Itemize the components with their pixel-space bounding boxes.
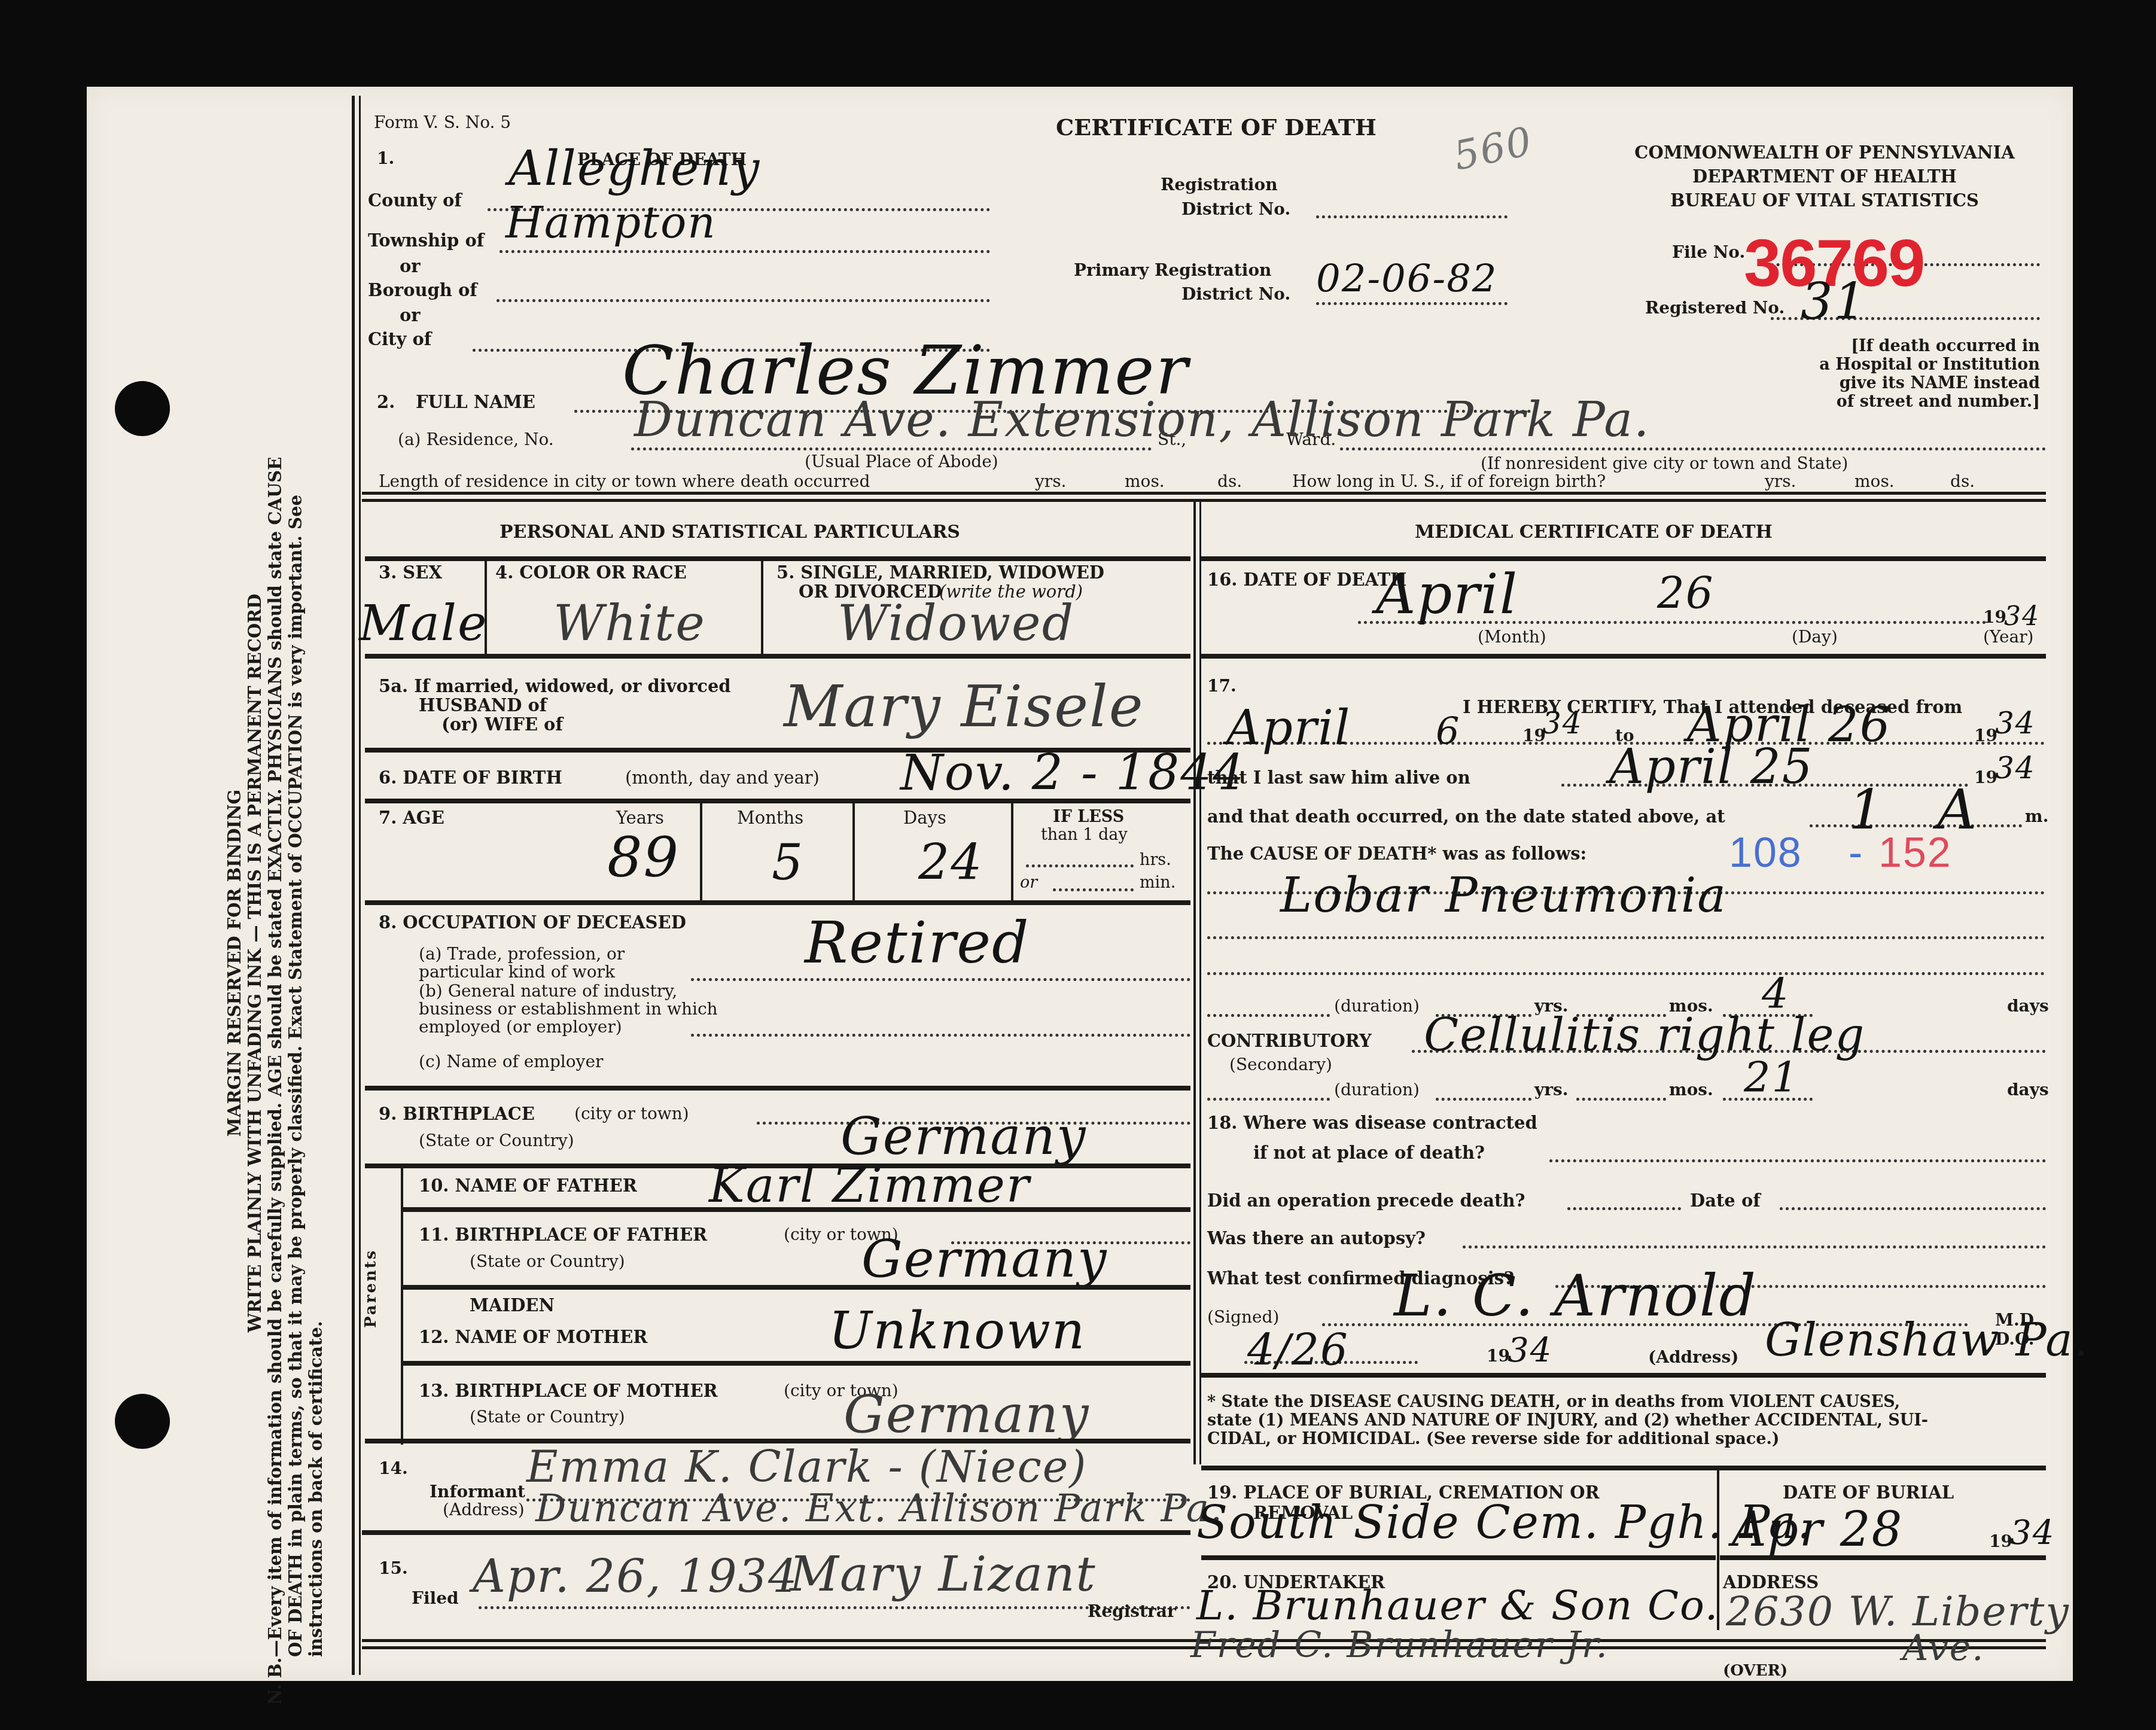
mother-maiden-label: MAIDEN bbox=[470, 1295, 555, 1315]
occupation-b3: employed (or employer) bbox=[419, 1017, 622, 1037]
contrib-duration-yrs: yrs. bbox=[1534, 1080, 1569, 1099]
occupation-b1: (b) General nature of industry, bbox=[419, 981, 677, 1001]
last-saw-year: 34 bbox=[1995, 751, 2036, 785]
month-sublabel: (Month) bbox=[1478, 627, 1546, 647]
informant-label: Informant bbox=[430, 1482, 525, 1501]
hospital-note-line3: give its NAME instead bbox=[1789, 374, 2040, 392]
sex-value: Male bbox=[359, 595, 488, 652]
footnote-line2: state (1) MEANS AND NATURE OF INJURY, an… bbox=[1207, 1411, 2045, 1430]
occupation-c: (c) Name of employer bbox=[419, 1052, 603, 1071]
physician-address-value: Glenshaw Pa. bbox=[1765, 1313, 2090, 1366]
row10-rule bbox=[402, 1207, 1190, 1212]
margin-binding-note: MARGIN RESERVED FOR BINDING bbox=[224, 221, 245, 1705]
form-left-rule-inner bbox=[359, 96, 361, 1675]
contrib-duration-yrs-field[interactable] bbox=[1436, 1098, 1531, 1101]
margin-nb-line3: instructions on back of certificate. bbox=[306, 221, 326, 1705]
township-value: Hampton bbox=[505, 197, 717, 248]
primary-district-value: 02-06-82 bbox=[1316, 257, 1498, 301]
than-one-day-label: than 1 day bbox=[1041, 826, 1128, 844]
county-value: Allegheny bbox=[508, 141, 760, 196]
margin-ink-note: WRITE PLAINLY WITH UNFADING INK — THIS I… bbox=[245, 221, 265, 1705]
agency-department: DEPARTMENT OF HEALTH bbox=[1603, 165, 2046, 188]
father-name-label: 10. NAME OF FATHER bbox=[419, 1175, 637, 1196]
file-number-label: File No. bbox=[1672, 242, 1745, 262]
burial-place-value: South Side Cem. Pgh. Pa. bbox=[1196, 1496, 1813, 1549]
race-label: 4. COLOR OR RACE bbox=[495, 562, 687, 583]
footnote-line3: CIDAL, or HOMICIDAL. (See reverse side f… bbox=[1207, 1430, 2045, 1448]
cause-field-3[interactable] bbox=[1207, 972, 2045, 975]
agency-bureau: BUREAU OF VITAL STATISTICS bbox=[1603, 188, 2046, 212]
residence-value: Duncan Ave. Extension, Allison Park Pa. bbox=[634, 392, 1650, 447]
attended-from-day: 6 bbox=[1436, 709, 1460, 753]
us-yrs: yrs. bbox=[1765, 471, 1796, 491]
cause-footnote: * State the DISEASE CAUSING DEATH, or in… bbox=[1207, 1393, 2045, 1448]
over-note: (OVER) bbox=[1723, 1662, 1787, 1680]
occupation-industry-field[interactable] bbox=[691, 1034, 1190, 1037]
parents-label: Parents bbox=[362, 1249, 380, 1329]
occupation-a2: particular kind of work bbox=[419, 962, 615, 982]
full-name-label: 2. bbox=[377, 392, 395, 412]
if-less-label: IF LESS bbox=[1053, 808, 1124, 826]
occupation-trade-field[interactable] bbox=[691, 978, 1190, 981]
age-months-value: 5 bbox=[772, 834, 804, 891]
agency-block: COMMONWEALTH OF PENNSYLVANIA DEPARTMENT … bbox=[1603, 141, 2046, 212]
burial-date-rule bbox=[1720, 1555, 2046, 1560]
physician-address-label: (Address) bbox=[1648, 1347, 1738, 1367]
occupation-label: 8. OCCUPATION OF DECEASED bbox=[379, 912, 686, 933]
minutes-field[interactable] bbox=[1053, 888, 1134, 891]
contributory-label: CONTRIBUTORY bbox=[1207, 1031, 1372, 1051]
father-birthplace-label: 11. BIRTHPLACE OF FATHER bbox=[419, 1225, 707, 1245]
spouse-label-2: HUSBAND of bbox=[419, 695, 547, 715]
footnote-rule bbox=[1201, 1466, 2046, 1470]
place-of-death-number: 1. bbox=[377, 148, 394, 168]
marital-value: Widowed bbox=[838, 595, 1074, 652]
footnote-line1: * State the DISEASE CAUSING DEATH, or in… bbox=[1207, 1393, 2045, 1411]
row3-rule bbox=[365, 654, 1190, 659]
attended-to-year: 34 bbox=[1995, 706, 2036, 741]
mother-birthplace-label: 13. BIRTHPLACE OF MOTHER bbox=[419, 1381, 718, 1401]
classification-code-blue: 108 bbox=[1729, 829, 1802, 876]
occupation-b2: business or establishment in which bbox=[419, 999, 718, 1019]
dob-sublabel: (month, day and year) bbox=[625, 767, 820, 788]
hospital-note-line1: [If death occurred in bbox=[1789, 337, 2040, 355]
mother-name-value: Unknown bbox=[829, 1301, 1086, 1361]
contrib-duration-pre bbox=[1207, 1098, 1330, 1101]
spouse-label-1: 5a. If married, widowed, or divorced bbox=[379, 676, 731, 696]
race-marital-divider bbox=[761, 559, 763, 655]
certify-number: 17. bbox=[1207, 676, 1237, 696]
primary-district-label: District No. bbox=[1181, 284, 1290, 304]
signed-year-prefix: 19 bbox=[1487, 1346, 1510, 1366]
dob-label: 6. DATE OF BIRTH bbox=[379, 767, 562, 788]
burial-date-value: Apr 28 bbox=[1732, 1501, 1903, 1557]
contrib-duration-label: (duration) bbox=[1334, 1080, 1420, 1099]
age-days-divider bbox=[1011, 802, 1013, 900]
day-sublabel: (Day) bbox=[1792, 627, 1838, 647]
secondary-label: (Secondary) bbox=[1229, 1055, 1332, 1074]
birthplace-sub1: (city or town) bbox=[574, 1104, 689, 1123]
informant-number: 14. bbox=[379, 1458, 408, 1478]
death-time-suffix: m. bbox=[2025, 806, 2048, 826]
father-name-value: Karl Zimmer bbox=[709, 1158, 1030, 1213]
registered-number-value: 31 bbox=[1801, 272, 1867, 331]
disease-contracted-label-1: 18. Where was disease contracted bbox=[1207, 1113, 1537, 1133]
informant-address-value: Duncan Ave. Ext. Allison Park Pa. bbox=[535, 1487, 1223, 1531]
cause-field-2[interactable] bbox=[1207, 936, 2045, 939]
full-name-heading: FULL NAME bbox=[416, 392, 535, 412]
age-years-value: 89 bbox=[607, 826, 680, 890]
hours-label: hrs. bbox=[1140, 851, 1171, 869]
or-label-1: or bbox=[400, 256, 421, 276]
signed-label: (Signed) bbox=[1207, 1307, 1279, 1327]
date-of-death-year-prefix: 19 bbox=[1983, 607, 2006, 627]
mother-birthplace-sub2: (State or Country) bbox=[470, 1407, 625, 1427]
us-mos: mos. bbox=[1854, 471, 1895, 491]
informant-address-label: (Address) bbox=[443, 1500, 525, 1519]
cause-duration-days: days bbox=[2007, 996, 2049, 1016]
signed-year: 34 bbox=[1508, 1331, 1552, 1370]
binding-hole-bottom bbox=[115, 1394, 170, 1449]
attended-from-year: 34 bbox=[1542, 706, 1583, 741]
cause-duration-label: (duration) bbox=[1334, 996, 1420, 1016]
hospital-note-line2: a Hospital or Institution bbox=[1789, 355, 2040, 374]
burial-date-label: DATE OF BURIAL bbox=[1783, 1482, 1954, 1503]
length-mos: mos. bbox=[1125, 471, 1165, 491]
form-number: Form V. S. No. 5 bbox=[374, 112, 511, 132]
undertaker-address-value: 2630 W. Liberty bbox=[1726, 1588, 2070, 1635]
burial-place-rule bbox=[1201, 1555, 1716, 1560]
registered-number-label: Registered No. bbox=[1645, 298, 1785, 318]
occupation-value: Retired bbox=[805, 909, 1030, 976]
row8-rule bbox=[365, 1086, 1190, 1091]
birthplace-sub2: (State or Country) bbox=[419, 1131, 574, 1150]
year-sublabel: (Year) bbox=[1983, 627, 2034, 647]
borough-field[interactable] bbox=[497, 299, 990, 302]
borough-label: Borough of bbox=[368, 280, 477, 300]
margin-nb-line2: OF DEATH in plain terms, so that it may … bbox=[285, 221, 306, 1705]
age-months-label: Months bbox=[737, 808, 803, 828]
occupation-a1: (a) Trade, profession, or bbox=[419, 944, 625, 964]
autopsy-field[interactable] bbox=[1463, 1245, 2046, 1248]
dob-value: Nov. 2 - 1844 bbox=[900, 745, 1246, 802]
contrib-duration-days: days bbox=[2007, 1080, 2049, 1099]
marital-label-1: 5. SINGLE, MARRIED, WIDOWED bbox=[776, 562, 1104, 583]
informant-value: Emma K. Clark - (Niece) bbox=[526, 1442, 1087, 1492]
spouse-label-3: (or) WIFE of bbox=[441, 714, 563, 735]
race-value: White bbox=[553, 595, 706, 652]
age-label: 7. AGE bbox=[379, 808, 444, 828]
hours-field[interactable] bbox=[1026, 864, 1134, 867]
age-months-divider bbox=[852, 802, 855, 900]
cause-duration-pre bbox=[1207, 1014, 1330, 1017]
minutes-label: min. bbox=[1140, 873, 1176, 892]
sex-label: 3. SEX bbox=[379, 562, 442, 583]
length-ds: ds. bbox=[1217, 471, 1242, 491]
signed-date-value: 4/26 bbox=[1247, 1325, 1349, 1375]
filed-field[interactable] bbox=[479, 1606, 1190, 1609]
birthplace-label: 9. BIRTHPLACE bbox=[379, 1104, 535, 1124]
row14-rule bbox=[362, 1530, 1190, 1535]
date-of-death-day: 26 bbox=[1657, 568, 1715, 619]
contrib-duration-mos: mos. bbox=[1669, 1080, 1713, 1099]
abode-note: (Usual Place of Abode) bbox=[805, 452, 998, 471]
row7-rule bbox=[365, 900, 1190, 905]
undertaker-value: L. Brunhauer & Son Co. bbox=[1196, 1582, 1719, 1630]
ward-field[interactable] bbox=[1340, 447, 2046, 450]
medical-heading: MEDICAL CERTIFICATE OF DEATH bbox=[1415, 522, 1773, 543]
classification-code-dash: - bbox=[1849, 829, 1863, 876]
margin-nb-line1: N. B.—Every item of information should b… bbox=[265, 221, 285, 1705]
operation-date-field[interactable] bbox=[1780, 1207, 2046, 1210]
township-field[interactable] bbox=[500, 250, 990, 253]
personal-heading: PERSONAL AND STATISTICAL PARTICULARS bbox=[500, 522, 960, 543]
age-days-label: Days bbox=[903, 808, 946, 828]
contrib-duration-days-value: 21 bbox=[1744, 1053, 1799, 1102]
mother-name-label: 12. NAME OF MOTHER bbox=[419, 1327, 647, 1347]
registration-label: Registration bbox=[1161, 175, 1278, 194]
physician-signature: L. C. Arnold bbox=[1394, 1262, 1757, 1329]
dod-rule bbox=[1201, 654, 2046, 659]
age-years-label: Years bbox=[616, 808, 664, 828]
signature-rule bbox=[1201, 1373, 2046, 1378]
or-label-2: or bbox=[400, 305, 421, 325]
attended-to-year-prefix: 19 bbox=[1974, 726, 1997, 745]
registrar-label: Registrar bbox=[1088, 1601, 1176, 1621]
registration-district-field[interactable] bbox=[1316, 215, 1508, 218]
row11-rule bbox=[402, 1285, 1190, 1290]
row12-rule bbox=[402, 1361, 1190, 1366]
disease-contracted-label-2: if not at place of death? bbox=[1253, 1143, 1485, 1163]
personal-heading-rule bbox=[365, 556, 1190, 561]
center-divider-outer bbox=[1193, 501, 1196, 1464]
registrar-signature: Mary Lizant bbox=[790, 1546, 1097, 1602]
length-yrs: yrs. bbox=[1035, 471, 1066, 491]
autopsy-label: Was there an autopsy? bbox=[1207, 1228, 1426, 1248]
hospital-note-line4: of street and number.] bbox=[1789, 392, 2040, 411]
hospital-note: [If death occurred in a Hospital or Inst… bbox=[1789, 337, 2040, 411]
us-residence-label: How long in U. S., if of foreign birth? bbox=[1292, 471, 1606, 491]
burial-year-prefix: 19 bbox=[1989, 1531, 2012, 1551]
date-of-death-month: April bbox=[1376, 562, 1518, 626]
primary-registration-label: Primary Registration bbox=[1074, 260, 1271, 280]
center-divider-inner bbox=[1199, 501, 1201, 1464]
spouse-value: Mary Eisele bbox=[784, 673, 1144, 740]
operation-label: Did an operation precede death? bbox=[1207, 1190, 1525, 1211]
us-ds: ds. bbox=[1950, 471, 1975, 491]
cause-value: Lobar Pneumonia bbox=[1280, 867, 1727, 923]
age-years-divider bbox=[700, 802, 702, 900]
binding-hole-top bbox=[115, 381, 170, 436]
row6-rule bbox=[365, 799, 1190, 803]
last-saw-value: April 25 bbox=[1609, 739, 1814, 794]
death-time-label: and that death occurred, on the date sta… bbox=[1207, 806, 1725, 827]
filed-number: 15. bbox=[379, 1558, 408, 1578]
margin-instructions: MARGIN RESERVED FOR BINDING WRITE PLAINL… bbox=[224, 221, 326, 1705]
header-rule-2 bbox=[362, 499, 2046, 502]
nonresident-note: (If nonresident give city or town and St… bbox=[1481, 453, 1848, 473]
last-saw-label: that I last saw him alive on bbox=[1207, 767, 1470, 788]
attended-from-month: April bbox=[1226, 700, 1351, 756]
form-left-rule-outer bbox=[352, 96, 355, 1675]
filed-label: Filed bbox=[412, 1588, 459, 1608]
length-residence-label: Length of residence in city or town wher… bbox=[379, 471, 870, 491]
burial-year: 34 bbox=[2010, 1513, 2055, 1552]
father-birthplace-sub2: (State or Country) bbox=[470, 1251, 625, 1271]
age-days-value: 24 bbox=[918, 834, 983, 891]
agency-commonwealth: COMMONWEALTH OF PENNSYLVANIA bbox=[1603, 141, 2046, 165]
primary-district-field[interactable] bbox=[1316, 302, 1508, 305]
mother-birthplace-value: Germany bbox=[843, 1385, 1090, 1445]
county-label: County of bbox=[368, 190, 462, 211]
cause-label: The CAUSE OF DEATH* was as follows: bbox=[1207, 843, 1586, 864]
filed-value: Apr. 26, 1934 bbox=[473, 1549, 798, 1603]
residence-label: (a) Residence, No. bbox=[398, 430, 554, 449]
operation-field[interactable] bbox=[1567, 1207, 1681, 1210]
residence-field[interactable] bbox=[631, 447, 1152, 450]
registration-district-label: District No. bbox=[1181, 199, 1290, 219]
header-rule-1 bbox=[362, 492, 2046, 495]
or-min-label: or bbox=[1020, 873, 1037, 892]
father-birthplace-value: Germany bbox=[861, 1229, 1108, 1289]
page-title: CERTIFICATE OF DEATH bbox=[1056, 114, 1377, 141]
undertaker-address-value-2: Ave. bbox=[1902, 1627, 1984, 1669]
operation-date-label: Date of bbox=[1690, 1190, 1761, 1211]
disease-contracted-field[interactable] bbox=[1549, 1159, 2046, 1162]
classification-code-red: 152 bbox=[1878, 829, 1952, 876]
undertaker-value-2: Fred C. Brunhauer Jr. bbox=[1190, 1624, 1609, 1666]
township-label: Township of bbox=[368, 230, 484, 251]
medical-heading-rule bbox=[1201, 556, 2046, 561]
city-label: City of bbox=[368, 329, 431, 349]
contrib-duration-mos-field[interactable] bbox=[1576, 1098, 1666, 1101]
